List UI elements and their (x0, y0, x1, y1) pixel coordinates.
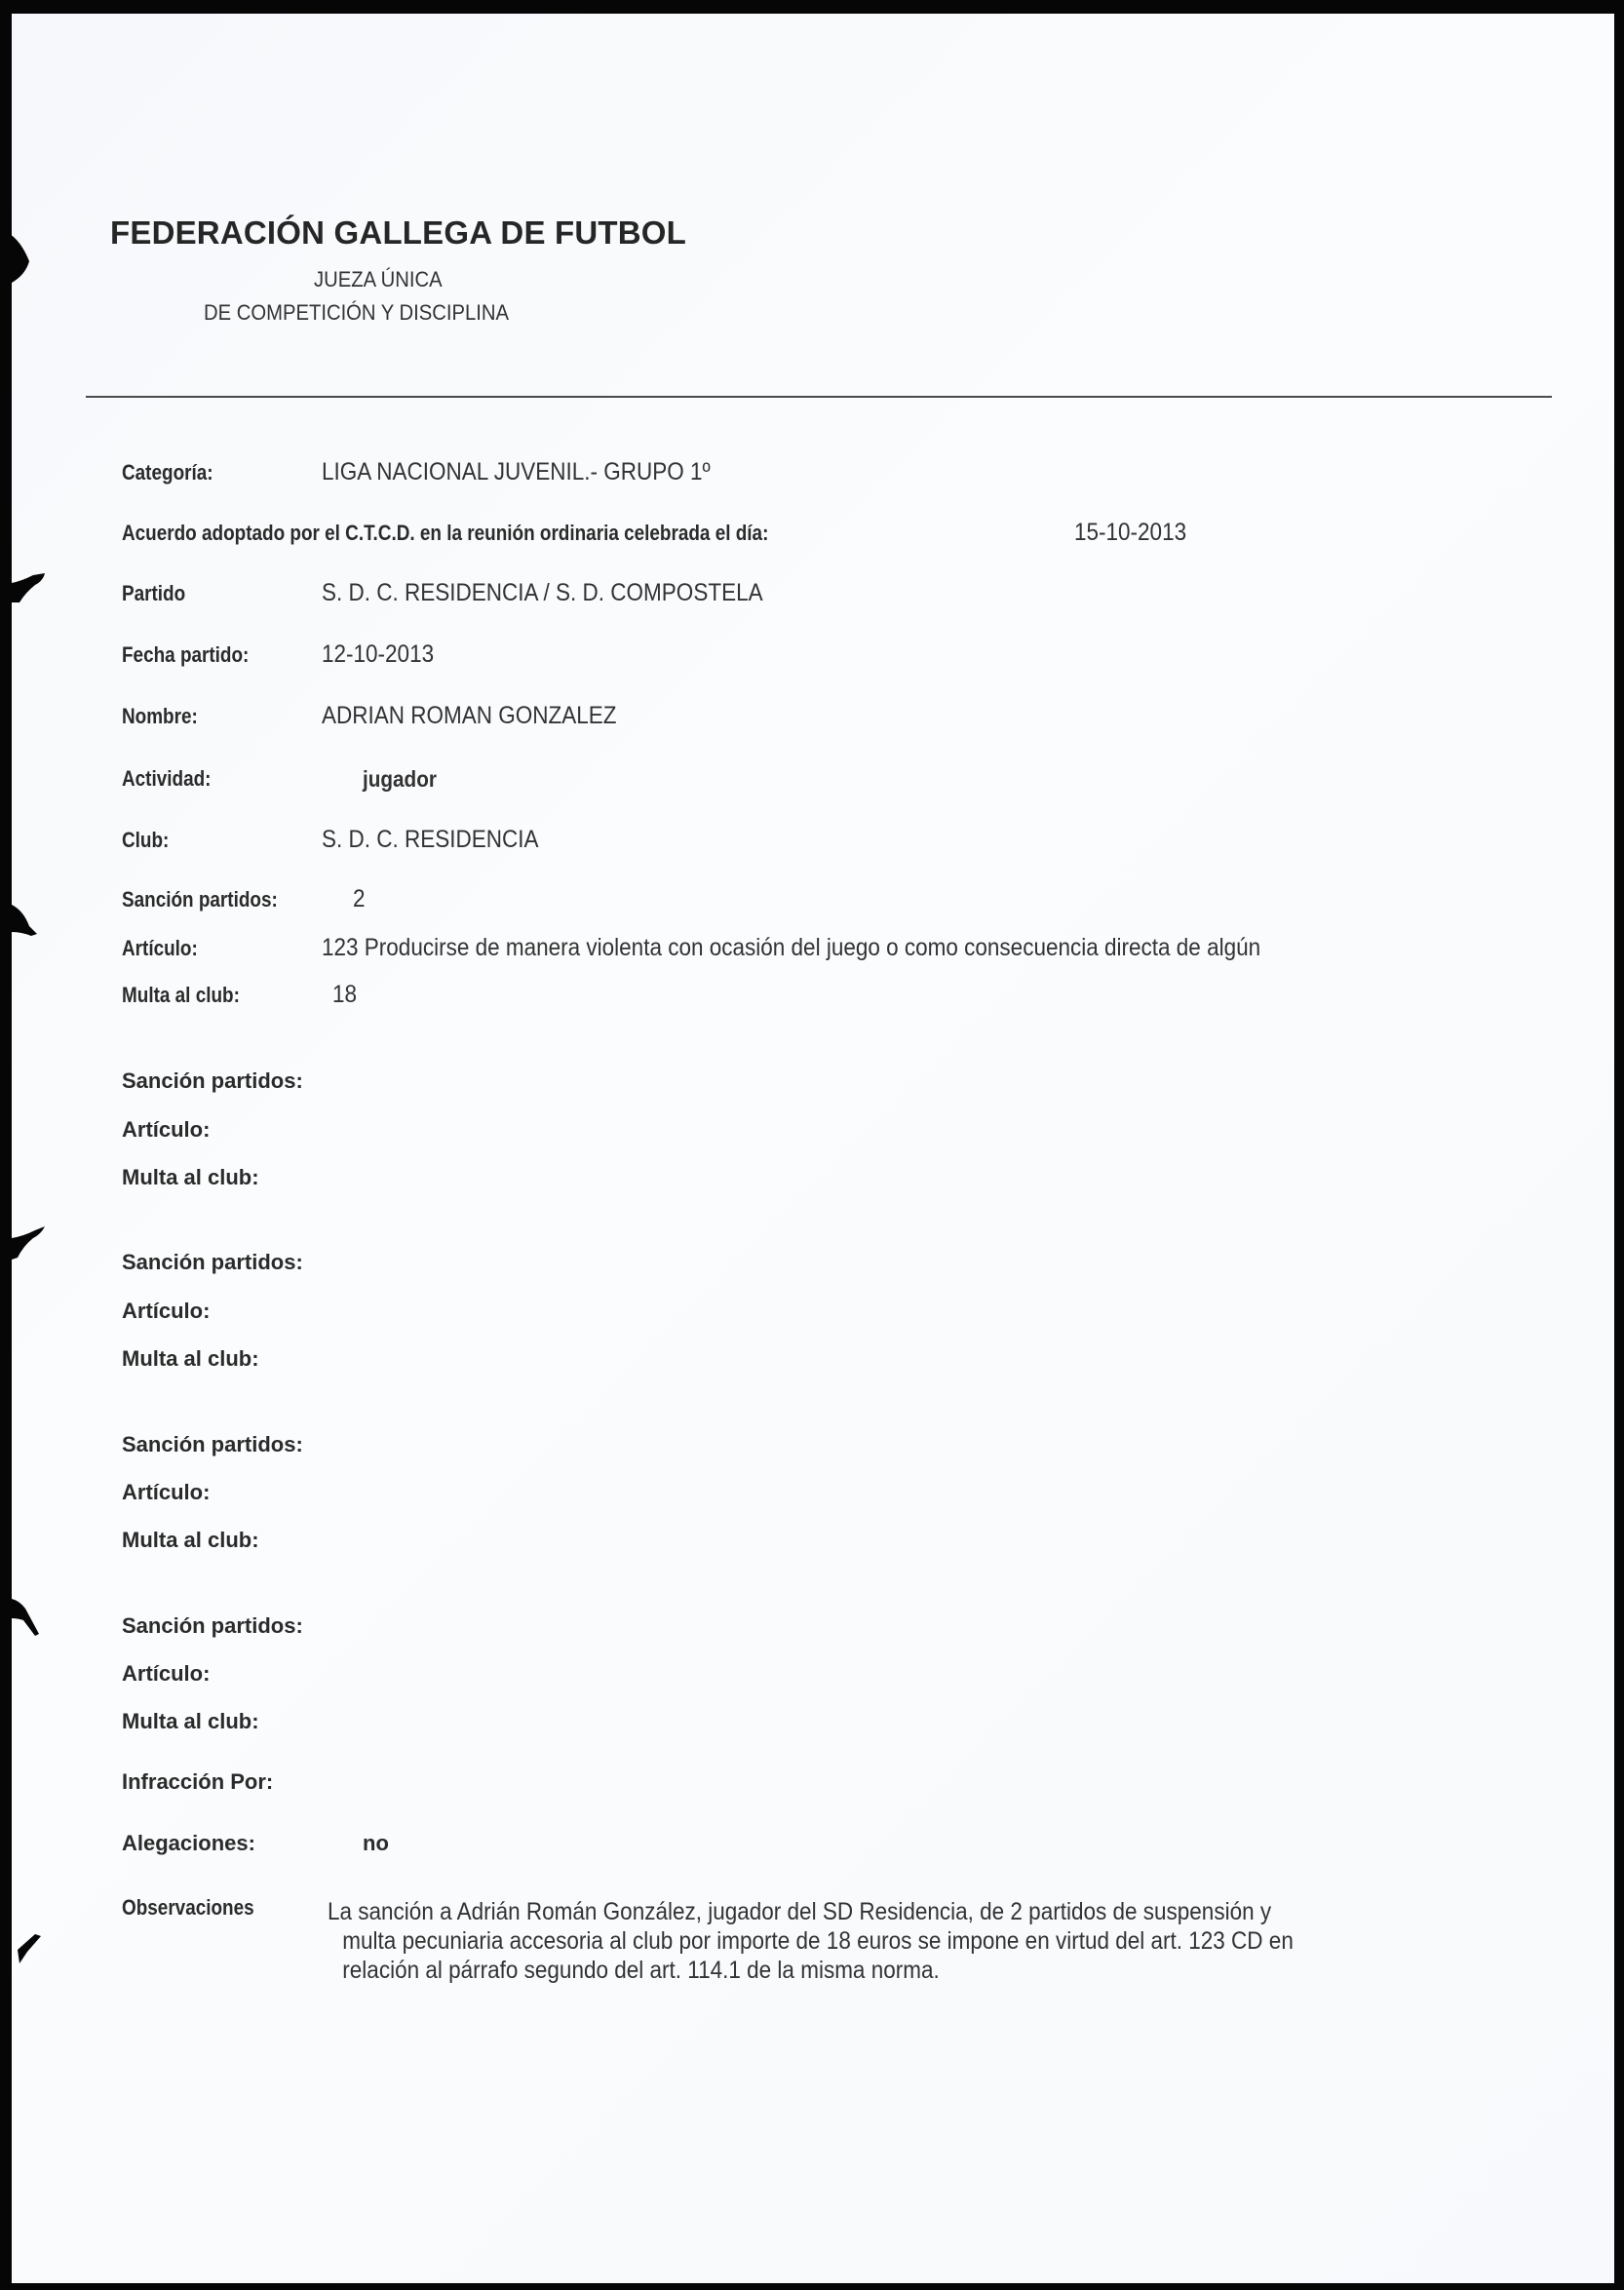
articulo-label: Artículo: (122, 1480, 210, 1505)
multa-club-label: Multa al club: (122, 983, 240, 1008)
organization-title: FEDERACIÓN GALLEGA DE FUTBOL (110, 214, 686, 252)
alegaciones-label: Alegaciones: (122, 1831, 255, 1856)
sancion-partidos-label: Sanción partidos: (122, 1068, 303, 1094)
multa-club-label: Multa al club: (122, 1346, 259, 1372)
sancion-partidos-label: Sanción partidos: (122, 1250, 303, 1275)
fecha-partido-label: Fecha partido: (122, 642, 249, 668)
sancion-partidos-value: 2 (353, 885, 366, 913)
club-value: S. D. C. RESIDENCIA (322, 826, 539, 854)
sancion-partidos-label: Sanción partidos: (122, 1432, 303, 1457)
multa-club-label: Multa al club: (122, 1165, 259, 1190)
articulo-label: Artículo: (122, 936, 198, 961)
acuerdo-date-value: 15-10-2013 (1074, 519, 1186, 547)
partido-label: Partido (122, 581, 185, 606)
multa-club-value: 18 (332, 981, 357, 1009)
observaciones-line-2: multa pecuniaria accesoria al club por i… (328, 1926, 1433, 1956)
scan-punch-marks (0, 0, 58, 2290)
partido-value: S. D. C. RESIDENCIA / S. D. COMPOSTELA (322, 579, 763, 607)
articulo-label: Artículo: (122, 1299, 210, 1324)
nombre-label: Nombre: (122, 704, 198, 729)
sancion-partidos-label: Sanción partidos: (122, 887, 278, 912)
articulo-label: Artículo: (122, 1117, 210, 1143)
infraccion-label: Infracción Por: (122, 1769, 273, 1795)
multa-club-label: Multa al club: (122, 1709, 259, 1734)
categoria-value: LIGA NACIONAL JUVENIL.- GRUPO 1º (322, 458, 711, 486)
actividad-label: Actividad: (122, 766, 211, 792)
nombre-value: ADRIAN ROMAN GONZALEZ (322, 702, 617, 730)
multa-club-label: Multa al club: (122, 1528, 259, 1553)
organization-subtitle-1: JUEZA ÚNICA (314, 267, 443, 292)
observaciones-text: La sanción a Adrián Román González, juga… (328, 1897, 1433, 1985)
observaciones-line-1: La sanción a Adrián Román González, juga… (328, 1897, 1433, 1926)
observaciones-line-3: relación al párrafo segundo del art. 114… (328, 1956, 1433, 1985)
alegaciones-value: no (363, 1831, 389, 1856)
club-label: Club: (122, 828, 169, 853)
header-divider (86, 396, 1552, 398)
observaciones-label: Observaciones (122, 1895, 254, 1921)
fecha-partido-value: 12-10-2013 (322, 640, 434, 669)
actividad-value: jugador (363, 766, 437, 793)
acuerdo-label: Acuerdo adoptado por el C.T.C.D. en la r… (122, 521, 768, 546)
organization-subtitle-2: DE COMPETICIÓN Y DISCIPLINA (204, 300, 509, 326)
sancion-partidos-label: Sanción partidos: (122, 1613, 303, 1639)
articulo-value: 123 Producirse de manera violenta con oc… (322, 934, 1260, 962)
articulo-label: Artículo: (122, 1661, 210, 1687)
scanned-page: FEDERACIÓN GALLEGA DE FUTBOL JUEZA ÚNICA… (12, 14, 1614, 2283)
categoria-label: Categoría: (122, 460, 213, 485)
